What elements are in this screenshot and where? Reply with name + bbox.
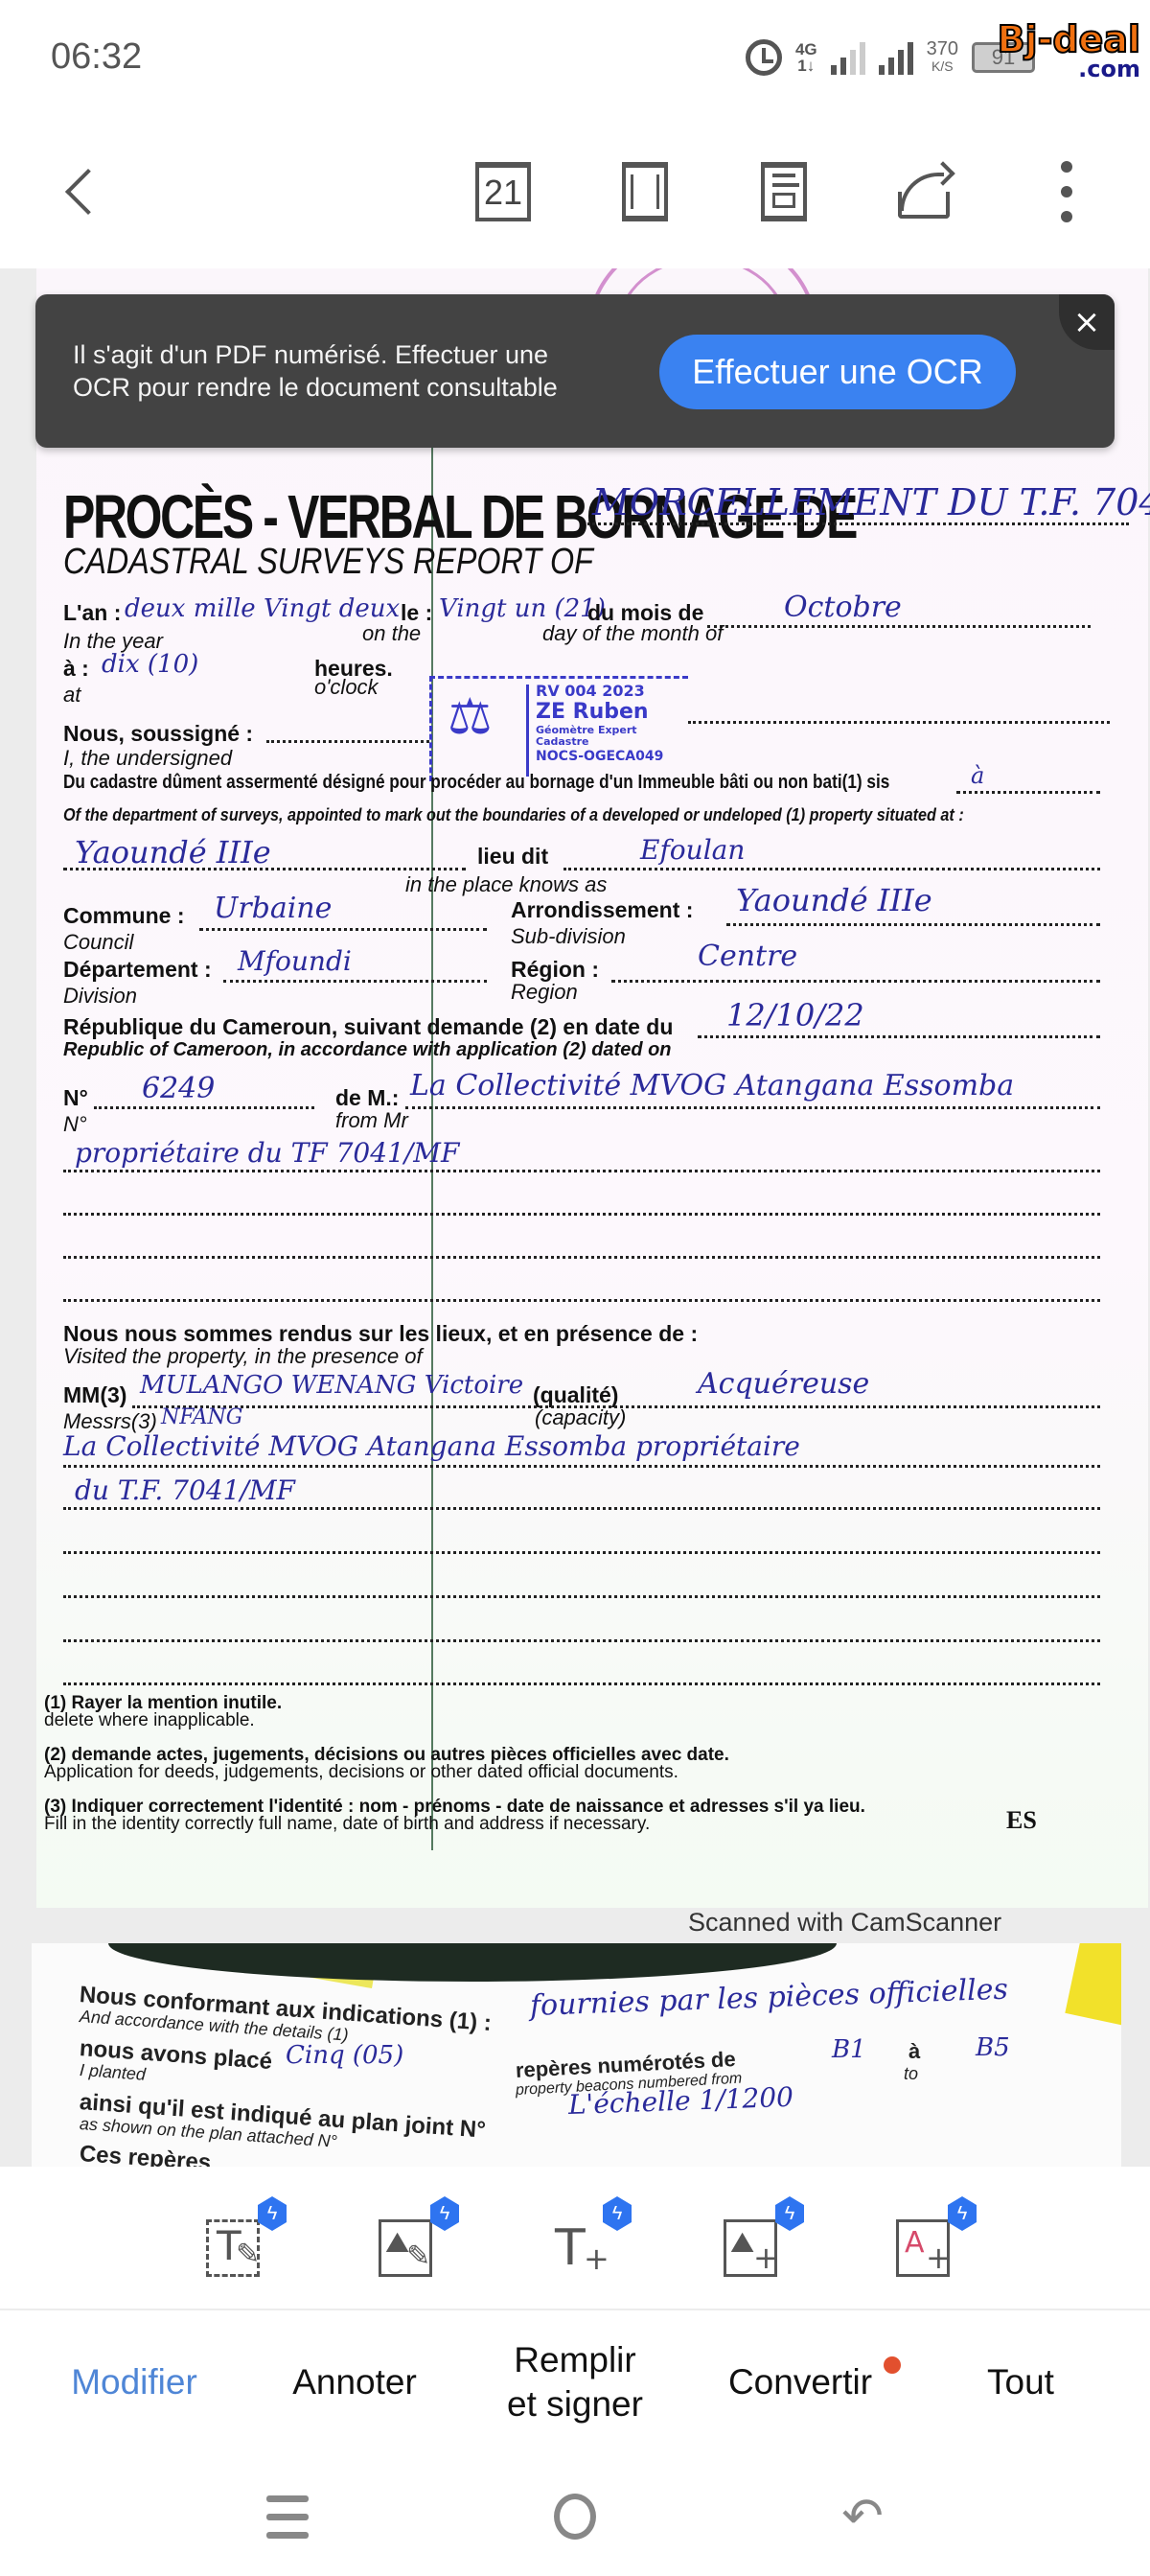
add-image-tool[interactable]: ⛰ + ϟ xyxy=(714,2210,791,2286)
republique-sub: Republic of Cameroon, in accordance with… xyxy=(63,1039,672,1061)
speed-unit: K/S xyxy=(927,58,958,75)
watermark-main: Bj-deal xyxy=(998,21,1140,58)
numero-value: 6249 xyxy=(142,1072,215,1105)
home-icon xyxy=(554,2494,596,2540)
sworn-value: à xyxy=(971,762,984,789)
initials: ES xyxy=(1006,1806,1037,1835)
more-options-button[interactable] xyxy=(1028,153,1105,230)
add-page-icon: A + xyxy=(896,2219,950,2277)
scales-of-justice-icon: ⚖ xyxy=(448,688,515,775)
edit-image-icon: ⛰ ✎ xyxy=(379,2219,432,2277)
tab-tout[interactable]: Tout xyxy=(925,2310,1116,2454)
add-text-icon: T + xyxy=(551,2219,605,2277)
edit-tools-row: T ✎ ϟ ⛰ ✎ ϟ T + ϟ ⛰ + ϟ A + ϟ xyxy=(0,2171,1150,2310)
more-vertical-icon xyxy=(1061,161,1072,222)
p2-line2-sub: I planted xyxy=(79,2060,146,2085)
speed-value: 370 xyxy=(927,38,958,59)
menu-icon xyxy=(266,2495,309,2539)
scanned-with-label: Scanned with CamScanner xyxy=(688,1908,1001,1938)
hour-sub: at xyxy=(63,683,80,708)
ocr-banner: Il s'agit d'un PDF numérisé. Effectuer u… xyxy=(35,294,1115,448)
tab-convertir[interactable]: Convertir xyxy=(704,2310,896,2454)
run-ocr-button[interactable]: Effectuer une OCR xyxy=(659,335,1016,409)
hour-value: dix (10) xyxy=(102,650,198,679)
add-text-tool[interactable]: T + ϟ xyxy=(541,2210,618,2286)
owner-line: propriétaire du TF 7041/MF xyxy=(75,1137,459,1169)
from-sub: from Mr xyxy=(335,1108,408,1133)
presence-line-2: du T.F. 7041/MF xyxy=(75,1474,295,1506)
ocr-banner-message: Il s'agit d'un PDF numérisé. Effectuer u… xyxy=(73,338,609,404)
stamp-line-4: NOCS-OGECA049 xyxy=(536,749,688,764)
visited-sub: Visited the property, in the presence of xyxy=(63,1344,423,1369)
network-speed: 370 K/S xyxy=(927,40,958,75)
from-label: de M.: xyxy=(335,1085,399,1111)
visited-label: Nous nous sommes rendus sur les lieux, e… xyxy=(63,1321,698,1347)
back-button[interactable] xyxy=(43,153,120,230)
footnote-2-en: Application for deeds, judgements, decis… xyxy=(44,1762,678,1783)
notification-dot xyxy=(884,2356,901,2374)
share-button[interactable] xyxy=(886,153,963,230)
document-title-en: CADASTRAL SURVEYS REPORT OF xyxy=(63,542,593,583)
reading-layout-icon xyxy=(761,162,807,221)
return-icon: ↶ xyxy=(841,2488,884,2545)
messrs-handwritten: NFANG xyxy=(161,1405,242,1429)
fit-screen-icon xyxy=(622,162,668,221)
edit-text-icon: T ✎ xyxy=(206,2219,260,2277)
year-value: deux mille Vingt deux xyxy=(125,594,400,623)
status-icons: 4G 1↓ 370 K/S 91 xyxy=(746,35,1035,81)
mm-label: MM(3) xyxy=(63,1382,126,1408)
sworn-line: Du cadastre dûment assermenté désigné po… xyxy=(63,772,889,794)
watermark-sub: .com xyxy=(998,58,1140,81)
p2-line2-sub-to: to xyxy=(904,2064,918,2084)
departement-value: Mfoundi xyxy=(238,945,352,977)
network-type: 4G 1↓ xyxy=(795,41,817,74)
stamp-line-1: RV 004 2023 xyxy=(536,683,688,700)
premium-bolt-icon: ϟ xyxy=(603,2196,632,2231)
tab-annoter[interactable]: Annoter xyxy=(259,2310,450,2454)
p2-line4-label: Ces repères xyxy=(79,2141,212,2167)
surveyor-stamp: ⚖ RV 004 2023 ZE Ruben Géomètre Expert C… xyxy=(429,676,688,781)
arrondissement-value: Yaoundé IIIe xyxy=(736,882,932,918)
bottom-tabs: Modifier Annoter Remplir et signer Conve… xyxy=(0,2310,1150,2454)
year-label: L'an : xyxy=(63,600,121,626)
arrondissement-label: Arrondissement : xyxy=(511,897,693,923)
system-nav-bar: ↶ xyxy=(0,2454,1150,2576)
premium-bolt-icon: ϟ xyxy=(775,2196,804,2231)
document-page-1: DU CADASTRE ET DES PROCÈS - VERBAL DE BO… xyxy=(36,268,1148,1908)
document-viewer[interactable]: DU CADASTRE ET DES PROCÈS - VERBAL DE BO… xyxy=(0,268,1150,2167)
footnote-1-en: delete where inapplicable. xyxy=(44,1710,255,1731)
document-page-2: Nous conformant aux indications (1) : fo… xyxy=(32,1943,1121,2167)
system-back-button[interactable]: ↶ xyxy=(829,2483,896,2550)
departement-sub: Division xyxy=(63,984,137,1009)
footnote-3-en: Fill in the identity correctly full name… xyxy=(44,1814,650,1835)
commune-sub: Council xyxy=(63,930,133,955)
month-value: Octobre xyxy=(784,591,902,624)
mm-value: MULANGO WENANG Victoire xyxy=(140,1371,523,1400)
premium-bolt-icon: ϟ xyxy=(258,2196,287,2231)
departement-label: Département : xyxy=(63,957,212,983)
close-icon[interactable]: × xyxy=(1059,294,1115,350)
numero-label: N° xyxy=(63,1085,88,1111)
top-toolbar: 21 xyxy=(0,115,1150,268)
undersigned-sub: I, the undersigned xyxy=(63,746,232,771)
place-value: Yaoundé IIIe xyxy=(75,834,271,870)
p2-line2-to: B5 xyxy=(976,2033,1010,2062)
page-count-icon: 21 xyxy=(475,162,531,221)
fit-screen-button[interactable] xyxy=(607,153,683,230)
reading-layout-button[interactable] xyxy=(746,153,822,230)
sworn-en: Of the department of surveys, appointed … xyxy=(63,805,964,825)
region-label: Région : xyxy=(511,957,599,983)
region-sub: Region xyxy=(511,980,578,1005)
qualite-label: (qualité) xyxy=(533,1382,618,1408)
capacity-sub: (capacity) xyxy=(535,1405,626,1430)
alarm-icon xyxy=(746,39,782,76)
status-time: 06:32 xyxy=(51,36,142,78)
premium-bolt-icon: ϟ xyxy=(948,2196,977,2231)
status-bar: 06:32 4G 1↓ 370 K/S 91 Bj-deal .com xyxy=(0,0,1150,115)
p2-line2-to-label: à xyxy=(908,2039,920,2064)
stamp-line-2: ZE Ruben xyxy=(536,700,688,724)
p2-line3-value: L'échelle 1/1200 xyxy=(567,2081,793,2121)
p2-line2-value: Cinq (05) xyxy=(286,2041,403,2070)
month-sub: day of the month of xyxy=(542,621,723,646)
presence-line-1: La Collectivité MVOG Atangana Essomba pr… xyxy=(63,1430,800,1462)
watermark-logo: Bj-deal .com xyxy=(998,21,1140,81)
commune-label: Commune : xyxy=(63,903,185,929)
stamp-line-3: Géomètre Expert Cadastre xyxy=(536,725,688,749)
from-value: La Collectivité MVOG Atangana Essomba xyxy=(410,1069,1014,1102)
region-value: Centre xyxy=(698,940,797,973)
tab-modifier[interactable]: Modifier xyxy=(38,2310,230,2454)
back-icon xyxy=(65,169,111,215)
lieu-dit-value: Efoulan xyxy=(640,834,745,866)
place-sub: in the place knows as xyxy=(405,872,607,897)
edit-text-tool[interactable]: T ✎ ϟ xyxy=(196,2210,273,2286)
tab-remplir-et-signer[interactable]: Remplir et signer xyxy=(470,2310,680,2454)
lieu-dit-label: lieu dit xyxy=(477,844,548,870)
day-sub: on the xyxy=(362,621,421,646)
home-button[interactable] xyxy=(541,2483,609,2550)
recent-apps-button[interactable] xyxy=(254,2483,321,2550)
add-page-tool[interactable]: A + ϟ xyxy=(886,2210,963,2286)
hour-label: à : xyxy=(63,656,89,682)
edit-image-tool[interactable]: ⛰ ✎ ϟ xyxy=(369,2210,446,2286)
add-image-icon: ⛰ + xyxy=(724,2219,777,2277)
republique-label: République du Cameroun, suivant demande … xyxy=(63,1014,673,1040)
title-handwritten: MORCELLEMENT DU T.F. 7041/MF xyxy=(592,481,1150,523)
network-label: 4G xyxy=(795,41,817,58)
p2-line1-value: fournies par les pièces officielles xyxy=(529,1973,1008,2023)
page-count-button[interactable]: 21 xyxy=(465,153,541,230)
premium-bolt-icon: ϟ xyxy=(430,2196,459,2231)
network-sub-label: 1↓ xyxy=(795,58,817,74)
p2-line2-from: B1 xyxy=(832,2035,866,2064)
arrondissement-sub: Sub-division xyxy=(511,924,626,949)
republique-date: 12/10/22 xyxy=(726,997,864,1033)
numero-sub: N° xyxy=(63,1112,87,1137)
clipboard-clip xyxy=(108,1943,837,1982)
commune-value: Urbaine xyxy=(214,892,332,925)
signal-icon-sim1 xyxy=(831,40,865,75)
hour-sub2: o'clock xyxy=(314,675,379,700)
undersigned-label: Nous, soussigné : xyxy=(63,721,253,747)
share-icon xyxy=(896,163,954,220)
qualite-value: Acquéreuse xyxy=(698,1367,869,1401)
day-value: Vingt un (21) xyxy=(439,594,606,623)
signal-icon-sim2 xyxy=(879,40,913,75)
